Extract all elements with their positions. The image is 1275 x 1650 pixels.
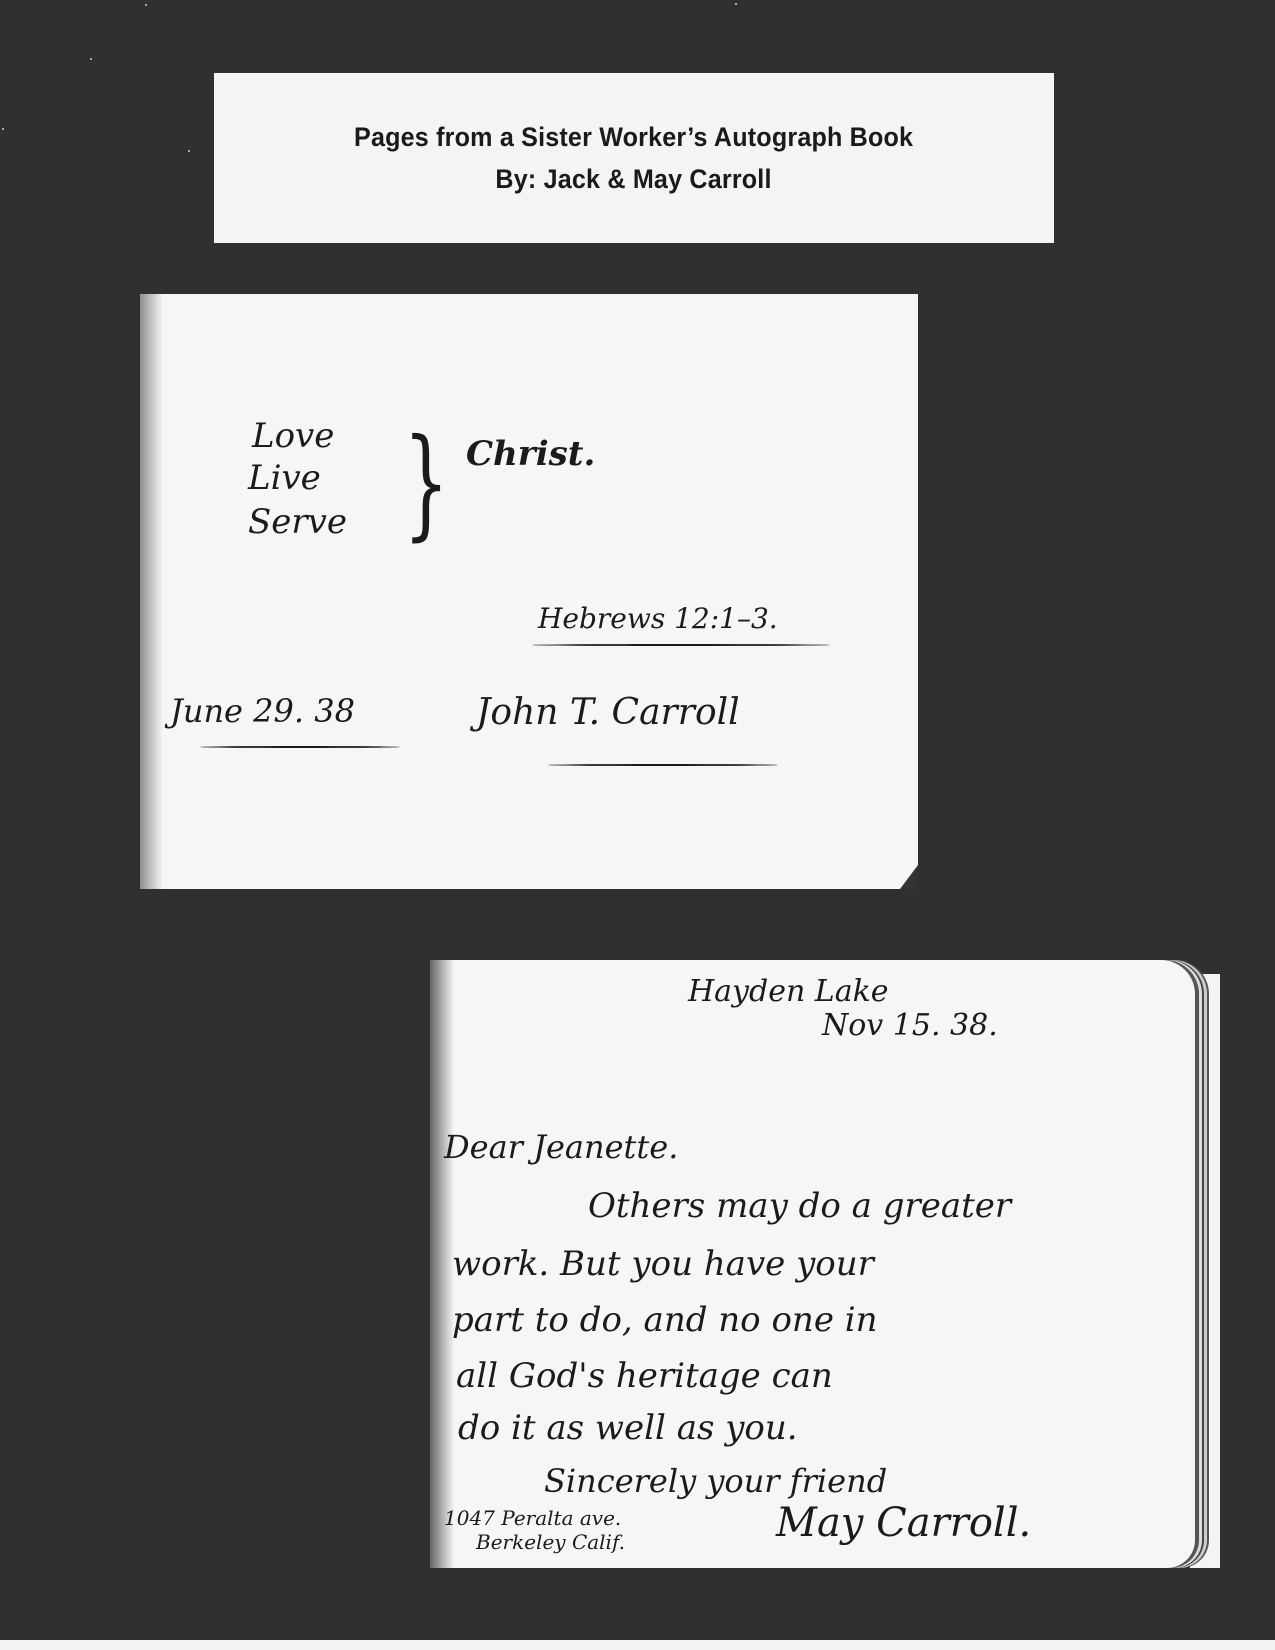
curly-brace-icon: }	[403, 424, 449, 544]
dust-speck	[188, 150, 190, 152]
letter-body-line: do it as well as you.	[458, 1408, 798, 1448]
motto-word-serve: Serve	[248, 502, 347, 542]
autograph-page-may-carroll: Hayden Lake Nov 15. 38. Dear Jeanette. O…	[430, 960, 1220, 1568]
signature-john-carroll: John T. Carroll	[476, 692, 740, 733]
motto-object: Christ.	[466, 434, 595, 474]
letter-place: Hayden Lake	[688, 974, 889, 1009]
title-label: Pages from a Sister Worker’s Autograph B…	[214, 73, 1054, 243]
dust-speck	[735, 3, 737, 5]
dust-speck	[145, 4, 147, 6]
address-line-1: 1047 Peralta ave.	[444, 1506, 621, 1530]
letter-body-line: Others may do a greater	[588, 1186, 1011, 1226]
motto-word-live: Live	[248, 458, 321, 498]
signature-underline	[548, 764, 778, 766]
motto-word-love: Love	[252, 416, 334, 456]
title-byline: By: Jack & May Carroll	[496, 158, 772, 200]
page-corner	[900, 865, 918, 889]
dust-speck	[90, 58, 92, 60]
letter-closing: Sincerely your friend	[544, 1462, 887, 1500]
dust-speck	[2, 128, 4, 130]
autograph-page-john-carroll: Love Live Serve } Christ. Hebrews 12:1–3…	[140, 294, 918, 889]
letter-body-line: all God's heritage can	[456, 1356, 833, 1396]
page-shadow	[430, 960, 454, 1568]
letter-page: Hayden Lake Nov 15. 38. Dear Jeanette. O…	[430, 960, 1195, 1568]
letter-date: Nov 15. 38.	[822, 1008, 998, 1043]
date-underline	[200, 746, 400, 748]
letter-salutation: Dear Jeanette.	[444, 1128, 678, 1166]
letter-body-line: part to do, and no one in	[452, 1300, 878, 1340]
title-heading: Pages from a Sister Worker’s Autograph B…	[354, 116, 913, 158]
signature-may-carroll: May Carroll.	[776, 1500, 1031, 1546]
letter-body-line: work. But you have your	[452, 1244, 874, 1284]
scripture-reference: Hebrews 12:1–3.	[538, 602, 778, 635]
scan-edge	[0, 1640, 1275, 1650]
address-line-2: Berkeley Calif.	[476, 1530, 625, 1554]
scripture-underline	[532, 644, 830, 646]
entry-date: June 29. 38	[170, 692, 355, 730]
page-shadow	[140, 294, 162, 889]
